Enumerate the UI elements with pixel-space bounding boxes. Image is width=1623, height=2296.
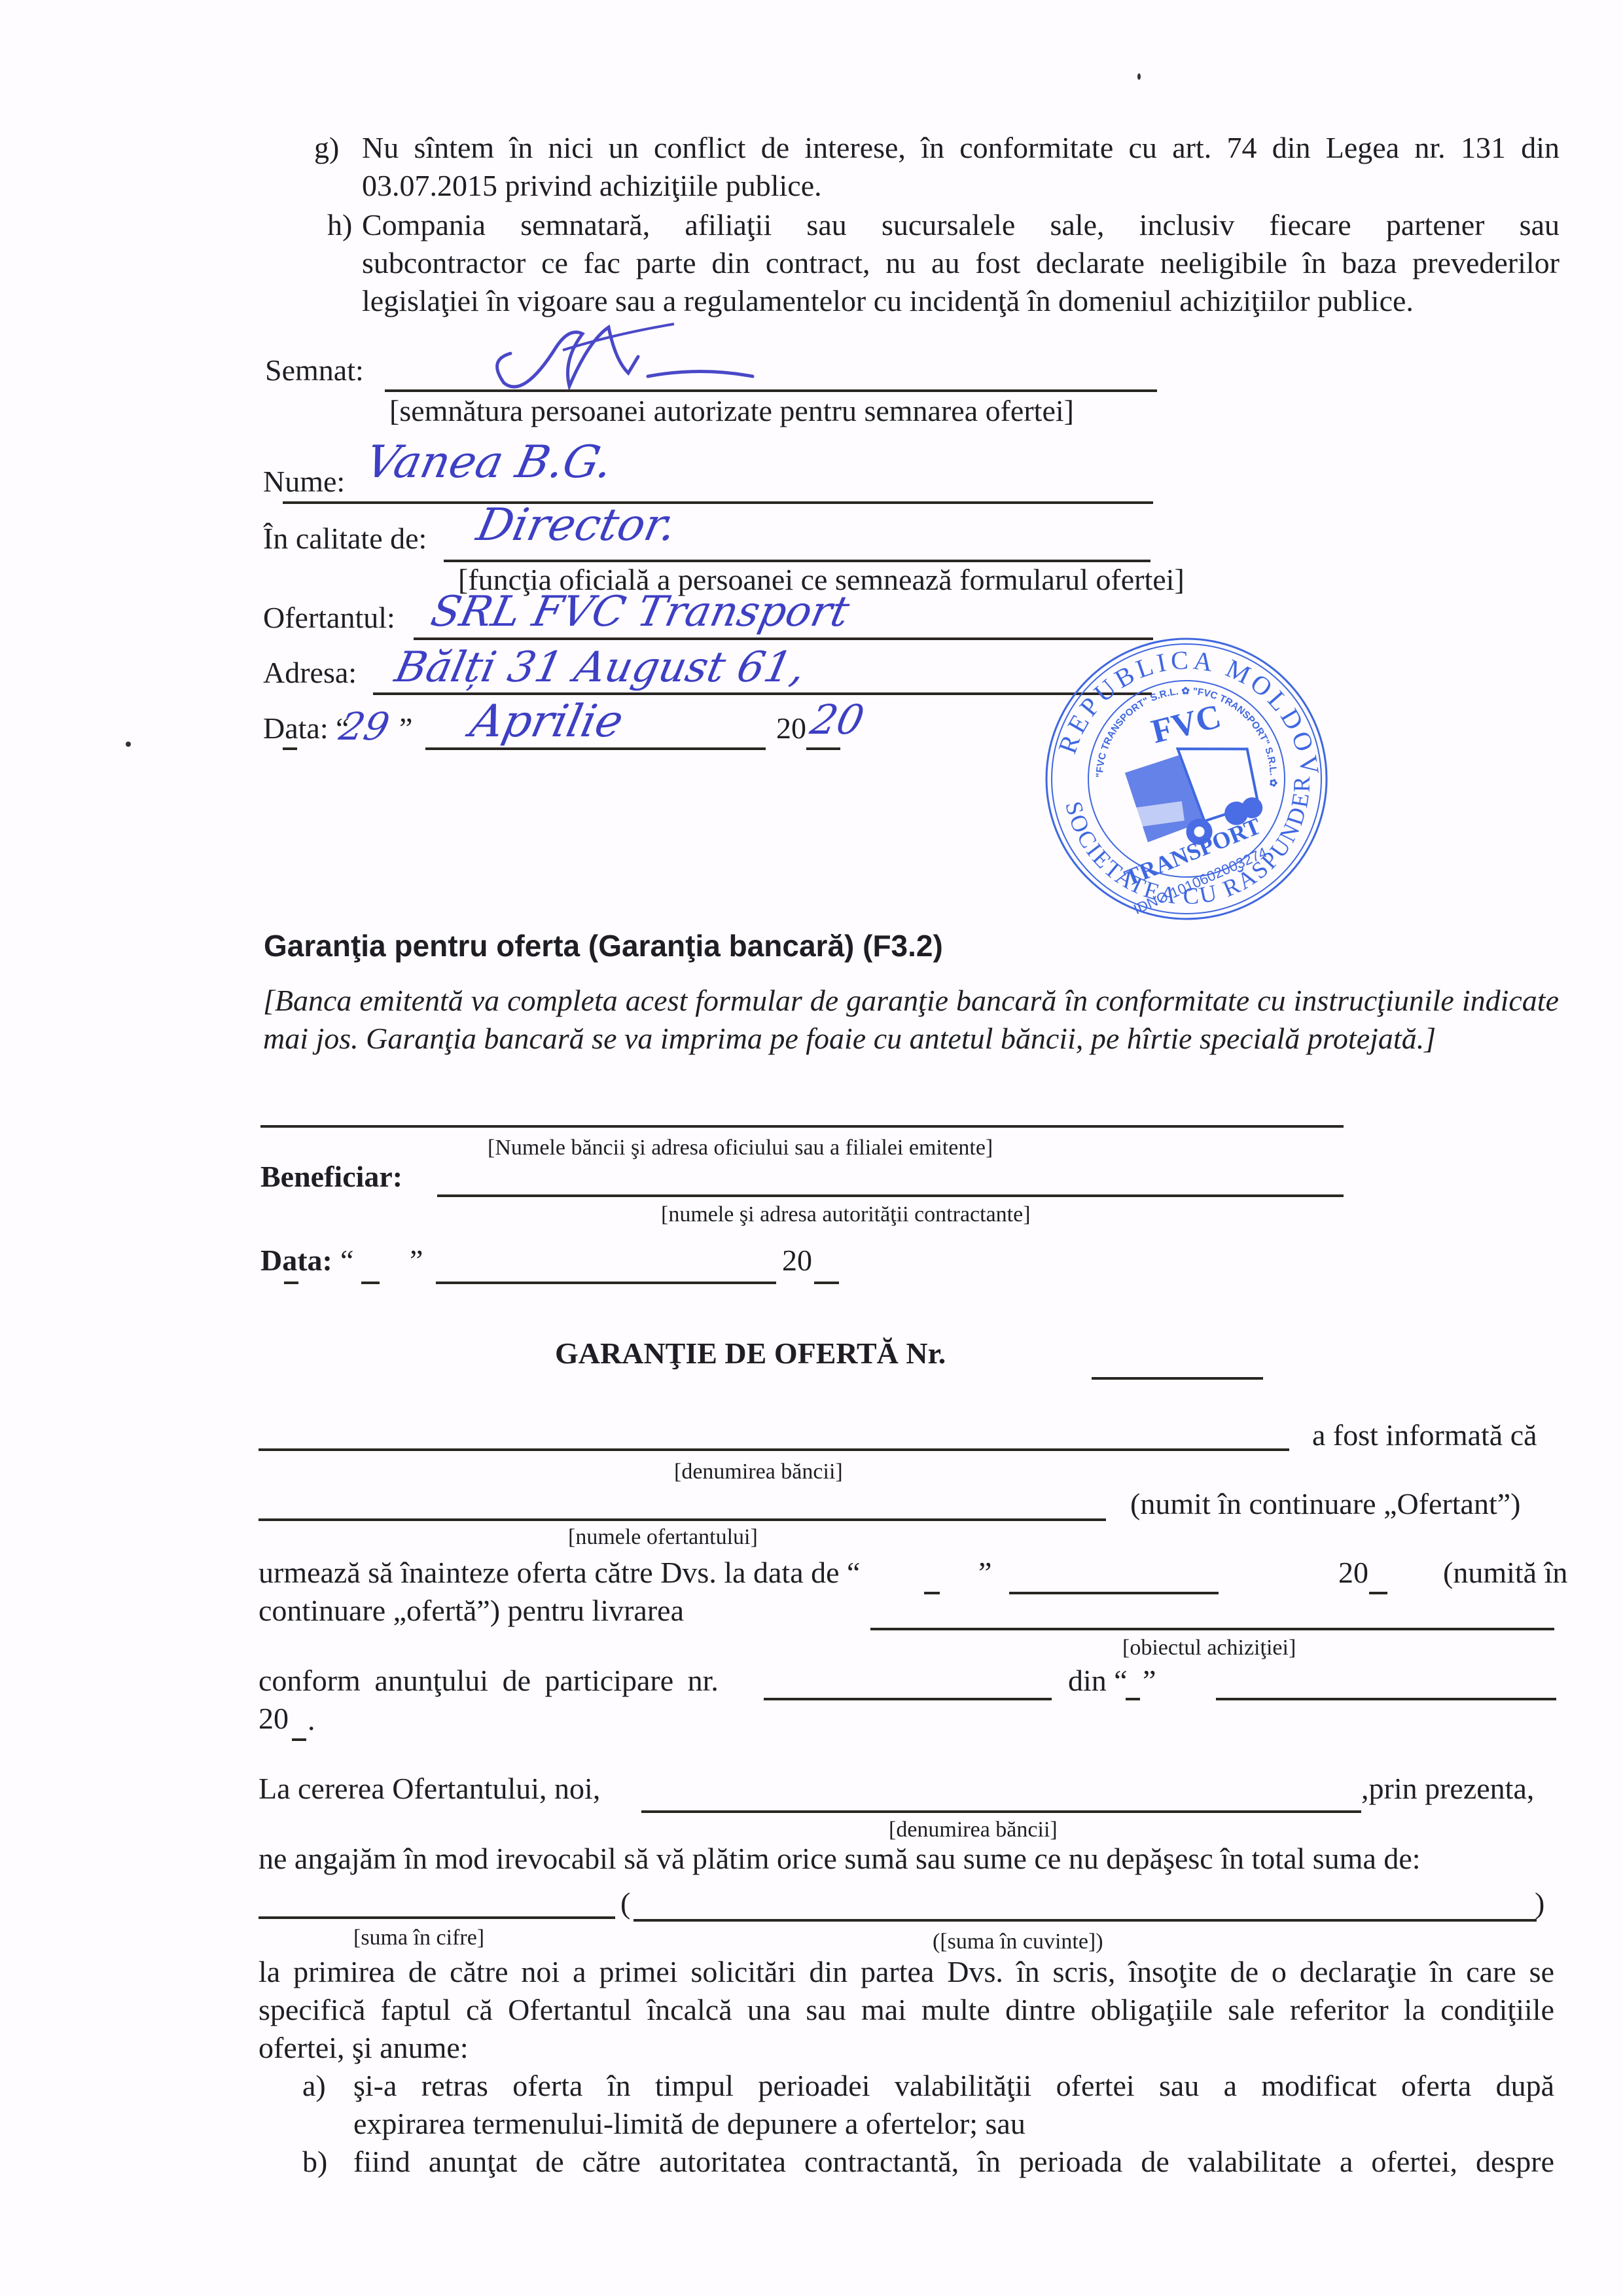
address-value: Bălți 31 August 61, — [391, 645, 810, 691]
notice-from: din “ — [1068, 1662, 1128, 1699]
bank-denomination-caption: [denumirea băncii] — [674, 1458, 843, 1486]
guarantee-section-title: Garanţia pentru oferta (Garanţia bancară… — [264, 928, 943, 963]
form-date-quote-close: ” — [410, 1242, 423, 1279]
sum-close-paren: ) — [1535, 1885, 1544, 1922]
bank-denomination-line — [259, 1448, 1289, 1451]
submit-day-line — [924, 1592, 940, 1594]
signature-caption: [semnătura persoanei autorizate pentru s… — [389, 393, 1074, 429]
bank-name-caption: [Numele băncii şi adresa oficiului sau a… — [488, 1134, 993, 1162]
date-day: 29 — [336, 704, 394, 749]
sum-open-paren: ( — [620, 1885, 630, 1922]
address-label: Adresa: — [263, 655, 357, 691]
date-month: Aprilie — [467, 699, 628, 745]
form-date-year-prefix: 20 — [782, 1242, 812, 1279]
submit-day-close: ” — [978, 1554, 991, 1591]
bidder-label: Ofertantul: — [263, 600, 395, 636]
conditions-line-2: specifică faptul că Ofertantul încalcă u… — [259, 1992, 1554, 2028]
guarantee-number-line — [1092, 1377, 1263, 1380]
bidder-name-line — [259, 1518, 1106, 1521]
scan-speck — [1137, 73, 1141, 80]
request-text: La cererea Ofertantului, noi, — [259, 1770, 600, 1807]
address-line — [373, 692, 1152, 695]
form-date-quote-open: “ — [340, 1242, 353, 1279]
guarantee-title: GARANŢIE DE OFERTĂ Nr. — [555, 1335, 946, 1372]
notice-day-close: ” — [1143, 1662, 1156, 1699]
submit-year-line — [1369, 1592, 1387, 1594]
name-label: Nume: — [263, 463, 345, 500]
informed-text: a fost informată că — [1312, 1417, 1537, 1454]
item-h-line-2: subcontractor ce fac parte din contract,… — [362, 245, 1560, 281]
conditions-line-1: la primirea de către noi a primei solici… — [259, 1954, 1554, 1990]
signed-label: Semnat: — [265, 352, 364, 389]
item-marker-g: g) — [314, 130, 339, 166]
conditions-line-3: ofertei, şi anume: — [259, 2030, 469, 2066]
object-caption: [obiectul achiziţiei] — [1122, 1634, 1296, 1662]
notice-year-line — [292, 1738, 306, 1741]
request-end: ,prin prezenta, — [1361, 1770, 1534, 1807]
beneficiary-label: Beneficiar: — [260, 1158, 402, 1195]
form-date-label: Data: — [260, 1242, 332, 1279]
name-value: Vanea B.G. — [362, 440, 617, 486]
notice-day-line — [1126, 1698, 1140, 1700]
role-value: Director. — [473, 503, 681, 548]
date-day-close: ” — [399, 710, 412, 747]
notice-year: 20 — [259, 1700, 289, 1737]
scan-speck — [126, 742, 131, 747]
date-label: Data: “ — [263, 710, 349, 747]
submit-year: 20 — [1338, 1554, 1368, 1591]
condition-marker-b: b) — [302, 2144, 327, 2180]
notice-text: conform anunţului de participare nr. — [259, 1662, 719, 1699]
notice-year-end: . — [308, 1702, 315, 1738]
submit-month-line — [1009, 1592, 1219, 1594]
guarantee-instructions: [Banca emitentă va completa acest formul… — [263, 982, 1559, 1058]
condition-b-line-1: fiind anunţat de către autoritatea contr… — [353, 2144, 1554, 2180]
item-h-line-1: Compania semnatară, afiliaţii sau sucurs… — [362, 207, 1560, 243]
form-date-day-line — [361, 1282, 380, 1284]
date-year-suffix: 20 — [807, 697, 868, 743]
date-year-line — [806, 747, 840, 750]
stamp-center-top: FVC — [1148, 698, 1224, 751]
signature-line — [385, 389, 1157, 392]
submit-line-2: continuare „ofertă”) pentru livrarea — [259, 1592, 684, 1629]
condition-a-line-2: expirarea termenului-limită de depunere … — [353, 2106, 1026, 2142]
role-label: În calitate de: — [263, 520, 427, 557]
bank-name-line — [260, 1125, 1344, 1128]
sum-words-line — [633, 1919, 1537, 1922]
request-bank-line — [641, 1810, 1361, 1813]
name-line — [283, 501, 1153, 504]
condition-a-line-1: şi-a retras oferta în timpul perioadei v… — [353, 2068, 1554, 2104]
commit-text: ne angajăm în mod irevocabil să vă plăti… — [259, 1840, 1421, 1877]
form-date-day-line-spacer — [284, 1282, 298, 1284]
bidder-name-caption: [numele ofertantului] — [568, 1524, 758, 1551]
date-year-prefix: 20 — [776, 710, 806, 747]
item-g-line-1: Nu sîntem în nici un conflict de interes… — [362, 130, 1560, 166]
form-date-year-line — [814, 1282, 839, 1284]
date-month-line — [425, 747, 766, 750]
beneficiary-line — [437, 1194, 1344, 1197]
item-marker-h: h) — [327, 207, 352, 243]
notice-month-line — [1216, 1698, 1556, 1700]
bidder-value: SRL FVC Transport — [427, 589, 853, 635]
beneficiary-caption: [numele şi adresa autorităţii contractan… — [661, 1201, 1031, 1229]
date-day-line — [283, 747, 297, 750]
submit-text: urmează să înainteze oferta către Dvs. l… — [259, 1554, 860, 1591]
handwritten-signature — [484, 321, 851, 399]
object-line — [870, 1628, 1554, 1630]
sum-words-caption: ([suma în cuvinte]) — [933, 1928, 1103, 1956]
named-bidder-text: (numit în continuare „Ofertant”) — [1130, 1486, 1520, 1522]
sum-digits-line — [259, 1916, 615, 1919]
request-bank-caption: [denumirea băncii] — [889, 1816, 1058, 1844]
item-g-line-2: 03.07.2015 privind achiziţiile publice. — [362, 168, 822, 204]
company-stamp: REPUBLICA MOLDOVA SOCIETATEA CU RĂSPUNDE… — [1037, 634, 1333, 922]
sum-digits-caption: [suma în cifre] — [353, 1924, 484, 1952]
condition-marker-a: a) — [302, 2068, 326, 2104]
form-date-month-line — [436, 1282, 776, 1284]
submit-named: (numită în — [1443, 1554, 1567, 1591]
notice-number-line — [764, 1698, 1052, 1700]
item-h-line-3: legislaţiei în vigoare sau a regulamente… — [362, 283, 1414, 319]
